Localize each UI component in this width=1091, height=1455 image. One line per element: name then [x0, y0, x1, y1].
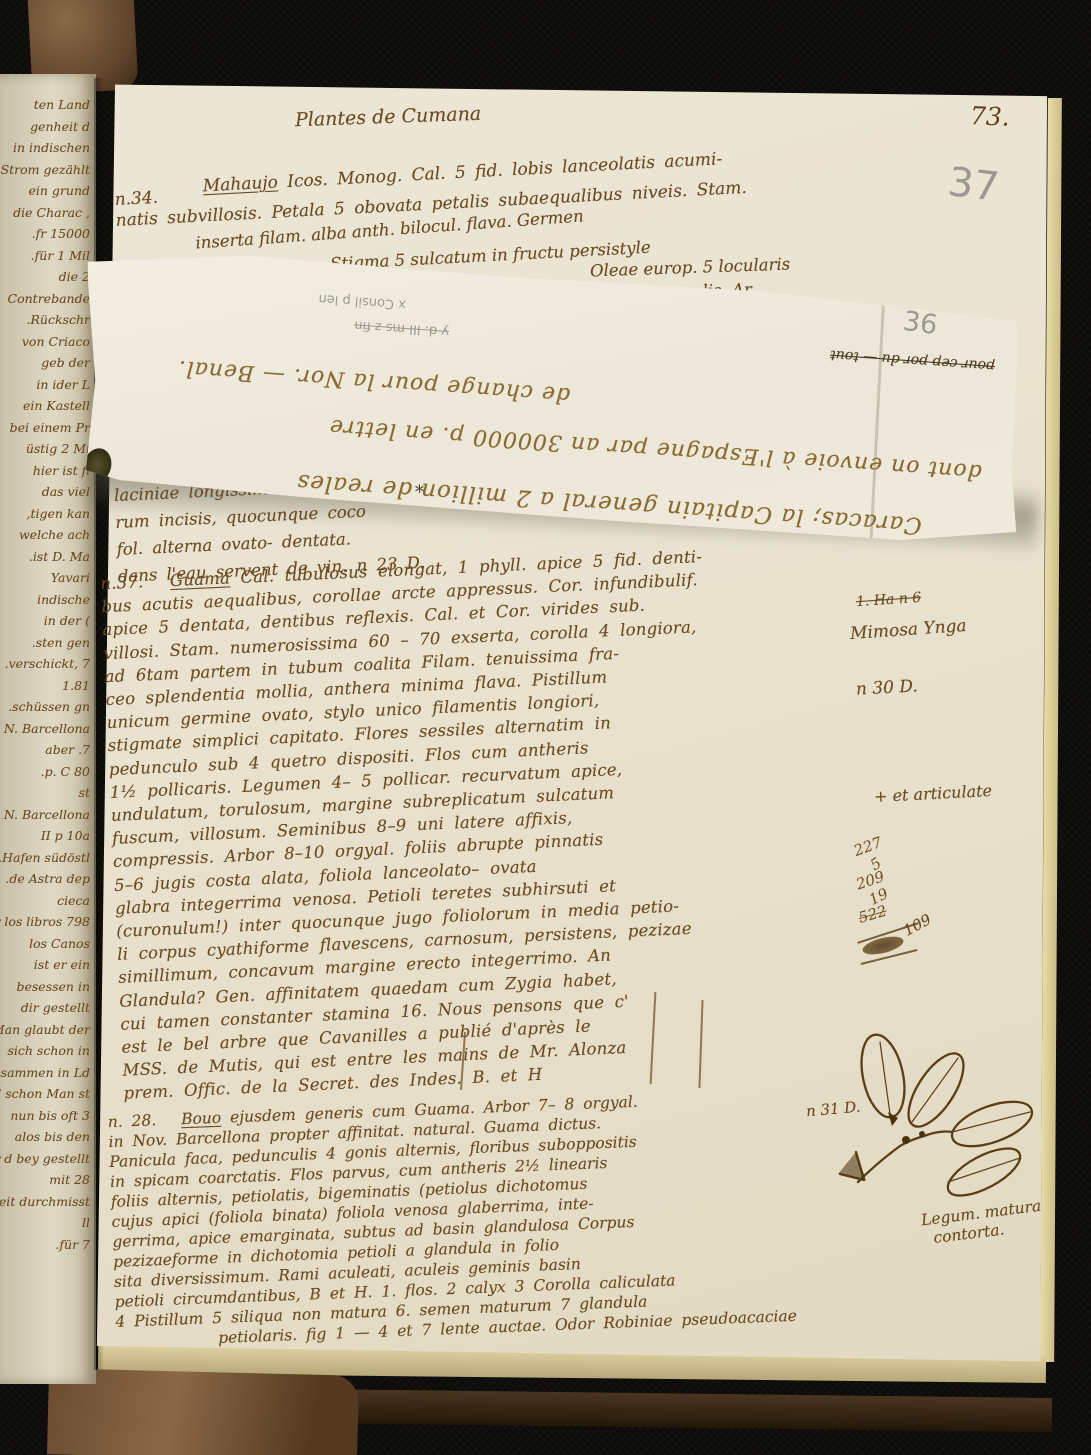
pencil-folio-number: 37 [945, 159, 1001, 211]
slip-crossed-out-line: pour cep por du — tout [830, 347, 996, 374]
spine-text-fragment: genheit d [0, 116, 90, 138]
spine-text-fragment: 798 por los libros [0, 911, 90, 933]
spine-text-fragment: dreit durchmisst [0, 1191, 90, 1213]
spine-text-fragment: cieca [0, 890, 90, 912]
spine-text-fragment: 1.81 [0, 675, 90, 697]
spine-text-fragment: sten gen. [0, 632, 90, 654]
entry-number: n.37. [100, 570, 144, 595]
spine-text-fragment: verschickt, 7. [0, 653, 90, 675]
spine-text-fragment: welche ach [0, 524, 90, 546]
asterisk-mark: * [415, 482, 424, 503]
species-name: Mahaujo [202, 172, 278, 196]
slip-ink-line: de change pour la Nor. — Benal. [177, 355, 571, 407]
spine-text-fragment: Rückschr. [0, 309, 90, 331]
spine-text-fragment: er d bey gestellt [0, 1148, 90, 1170]
entry-n28: n. 28. Bouo ejusdem generis cum Guama. A… [107, 1086, 797, 1352]
spine-text-fragment: st [0, 782, 90, 804]
entry-n37-lines: bus acutis aequalibus, corollae arcte ap… [101, 568, 726, 1105]
spine-text-fragment: Contrebande [0, 288, 90, 310]
spine-text-fragment: II p 10a [0, 825, 90, 847]
entry-n28-lines: in Nov. Barcellona propter affinitat. na… [108, 1106, 797, 1352]
spine-text-fragment: nun bis oft 3 [0, 1105, 90, 1127]
spine-text-fragment: Man glaubt der [0, 1019, 90, 1041]
spine-text-fragment: Yavari [0, 567, 90, 589]
spine-text-fragment: dir gestellt [0, 997, 90, 1019]
manuscript-scan: ten Landgenheit din indischenStrom gezäh… [0, 0, 1091, 1455]
spine-text-fragment: ist D. Ma. [0, 546, 90, 568]
spine-text-fragment: l schon Man st [0, 1083, 90, 1105]
slip-pencil-scribble: x Consil p len [318, 291, 406, 312]
spine-text-fragment: N. Barcellona [0, 804, 90, 826]
spine-text-fragment: alos bis den [0, 1126, 90, 1148]
spine-text-fragment: ll [0, 1212, 90, 1234]
spine-text-fragment: ein grund [0, 180, 90, 202]
spine-text-fragment: für 7. [0, 1234, 90, 1256]
spine-text-fragment: in indischen [0, 137, 90, 159]
spine-text-fragment: üstig 2 Mi [0, 438, 90, 460]
spine-text-fragment: hier ist fl [0, 460, 90, 482]
spine-text-fragment: besessen in [0, 976, 90, 998]
spine-text-fragment: von Criaco [0, 331, 90, 353]
spine-text-fragment: indische [0, 589, 90, 611]
spine-text-fragment: 80 p. C. [0, 761, 90, 783]
species-name: Guama [169, 568, 230, 590]
spine-text-fragment: bei einem Pr [0, 417, 90, 439]
slip-pencil-scribble: y d. III ms z fin [354, 317, 450, 339]
entry-number: n.34. [114, 183, 159, 215]
spine-text-fragment: ein Kastell [0, 395, 90, 417]
spine-text-fragment: mit 28 [0, 1169, 90, 1191]
leaf-sketch [828, 1030, 1060, 1222]
margin-ref-n30: n 30 D. [856, 676, 919, 699]
margin-number-scribbles: 227520919522 [853, 837, 890, 924]
spine-text-fragment: für 1 Mil. [0, 245, 90, 267]
spine-text-fragment: N. Barcellona [0, 718, 90, 740]
spine-text-fragment: Hafen südöstl. [0, 847, 90, 869]
spine-text-fragment: de Astra dep. [0, 868, 90, 890]
page-number: 73. [970, 101, 1011, 131]
spine-text-fragment: 2 die [0, 266, 90, 288]
spine-text-fragment: ist er ein [0, 954, 90, 976]
spine-text-fragment: in ider L [0, 374, 90, 396]
spine-text-fragment: 15000 fr. [0, 223, 90, 245]
entry-n37: n.37. Guama Cal. tubulosus elongat, 1 ph… [100, 545, 726, 1105]
entry-number: n. 28. [107, 1110, 156, 1132]
spine-text-fragment: geb der [0, 352, 90, 374]
species-name: Bouo [181, 1109, 222, 1129]
previous-page-edge: ten Landgenheit din indischenStrom gezäh… [0, 74, 96, 1384]
spine-text-fragment: sich schon in [0, 1040, 90, 1062]
spine-text-fragment: ten Land [0, 94, 90, 116]
spine-text-fragment: , die Charac [0, 202, 90, 224]
spine-text-fragment: ) in der [0, 610, 90, 632]
spine-text-fragment: gesammen in Ld [0, 1062, 90, 1084]
spine-text-fragment: tigen kan, [0, 503, 90, 525]
spine-text-fragment: los Canos [0, 933, 90, 955]
slip-ink-line: dont on envoie à l'Espagne par an 300000… [328, 414, 982, 485]
spine-text-fragment: schüssen gn. [0, 696, 90, 718]
spine-text-fragment: Strom gezählt [0, 159, 90, 181]
spine-text-fragment: 7. aber [0, 739, 90, 761]
spine-text-fragment: das viel [0, 481, 90, 503]
